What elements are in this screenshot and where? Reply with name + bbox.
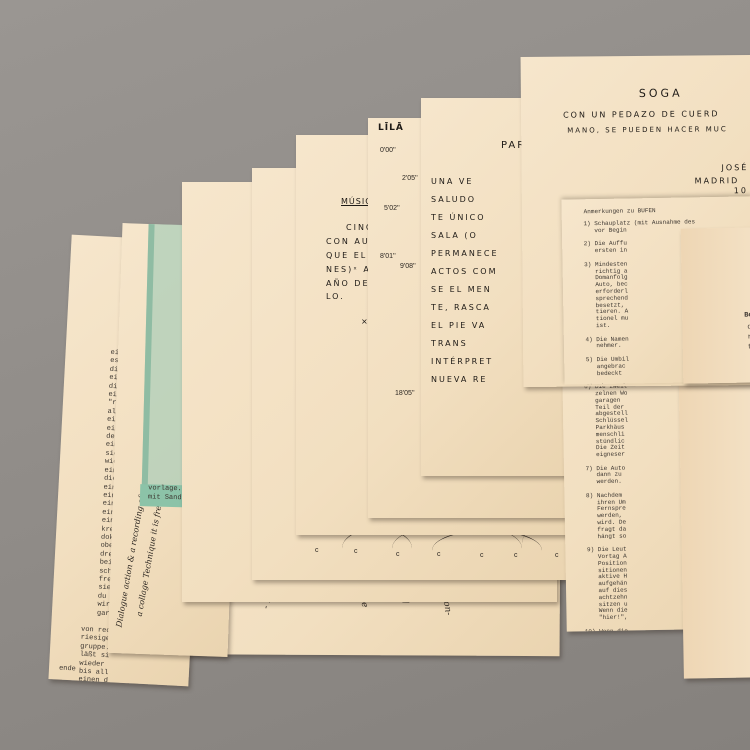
page-title: LĪLĀ xyxy=(378,123,404,133)
page-footer: ende xyxy=(59,665,76,674)
page-title: SOGA xyxy=(639,87,683,100)
far-right-overlap: Be q r t xyxy=(681,227,750,383)
